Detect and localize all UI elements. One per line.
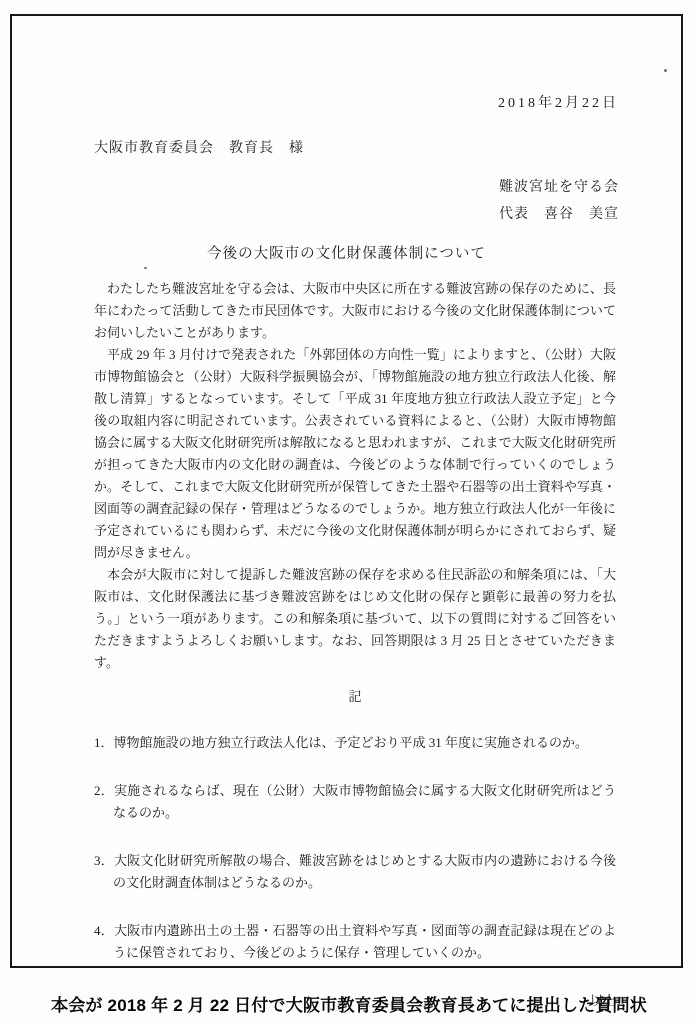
- body-paragraph: 本会が大阪市に対して提訴した難波宮跡の保存を求める住民訴訟の和解条項には、「大阪…: [94, 564, 616, 674]
- question-item: 1．博物館施設の地方独立行政法人化は、予定どおり平成 31 年度に実施されるのか…: [94, 732, 616, 754]
- question-item: 2．実施されるならば、現在（公財）大阪市博物館協会に属する大阪文化財研究所はどう…: [94, 780, 616, 824]
- letter-date: 2018年2月22日: [498, 92, 619, 112]
- body-paragraph: 平成 29 年 3 月付けで発表された「外郭団体の方向性一覧」によりますと、（公…: [94, 344, 616, 564]
- question-item: 3．大阪文化財研究所解散の場合、難波宮跡をはじめとする大阪市内の遺跡における今後…: [94, 850, 616, 894]
- body-paragraph: わたしたち難波宮址を守る会は、大阪市中央区に所在する難波宮跡の保存のために、長年…: [94, 278, 616, 344]
- question-number: 2．: [94, 783, 114, 798]
- sender-block: 難波宮址を守る会 代表 喜谷 美宣: [499, 174, 619, 228]
- record-marker: 記: [94, 686, 616, 708]
- scan-speck: [664, 69, 667, 72]
- question-item: 4．大阪市内遺跡出土の土器・石器等の出土資料や写真・図面等の調査記録は現在どのよ…: [94, 920, 616, 964]
- letter-body: わたしたち難波宮址を守る会は、大阪市中央区に所在する難波宮跡の保存のために、長年…: [94, 278, 616, 1012]
- question-text: 博物館施設の地方独立行政法人化は、予定どおり平成 31 年度に実施されるのか。: [114, 735, 589, 750]
- question-number: 1．: [94, 735, 114, 750]
- body-paragraphs: わたしたち難波宮址を守る会は、大阪市中央区に所在する難波宮跡の保存のために、長年…: [94, 278, 616, 674]
- screenshot-root: { "scan": { "date": "2018年2月22日", "addre…: [0, 0, 698, 1024]
- letter-addressee: 大阪市教育委員会 教育長 様: [94, 137, 304, 157]
- questions-list: 1．博物館施設の地方独立行政法人化は、予定どおり平成 31 年度に実施されるのか…: [94, 732, 616, 964]
- sender-representative: 代表 喜谷 美宣: [499, 201, 619, 228]
- letter-title: 今後の大阪市の文化財保護体制について: [12, 242, 681, 263]
- question-text: 大阪市内遺跡出土の土器・石器等の出土資料や写真・図面等の調査記録は現在どのように…: [113, 923, 616, 960]
- question-text: 実施されるならば、現在（公財）大阪市博物館協会に属する大阪文化財研究所はどうなる…: [113, 783, 616, 820]
- question-number: 4．: [94, 923, 114, 938]
- question-text: 大阪文化財研究所解散の場合、難波宮跡をはじめとする大阪市内の遺跡における今後の文…: [113, 853, 616, 890]
- question-number: 3．: [94, 853, 114, 868]
- scan-speck: [144, 267, 147, 269]
- sender-organization: 難波宮址を守る会: [499, 174, 619, 201]
- photo-caption: 本会が 2018 年 2 月 22 日付で大阪市教育委員会教育長あてに提出した質…: [0, 991, 698, 1016]
- scanned-letter-page: 2018年2月22日 大阪市教育委員会 教育長 様 難波宮址を守る会 代表 喜谷…: [10, 14, 683, 968]
